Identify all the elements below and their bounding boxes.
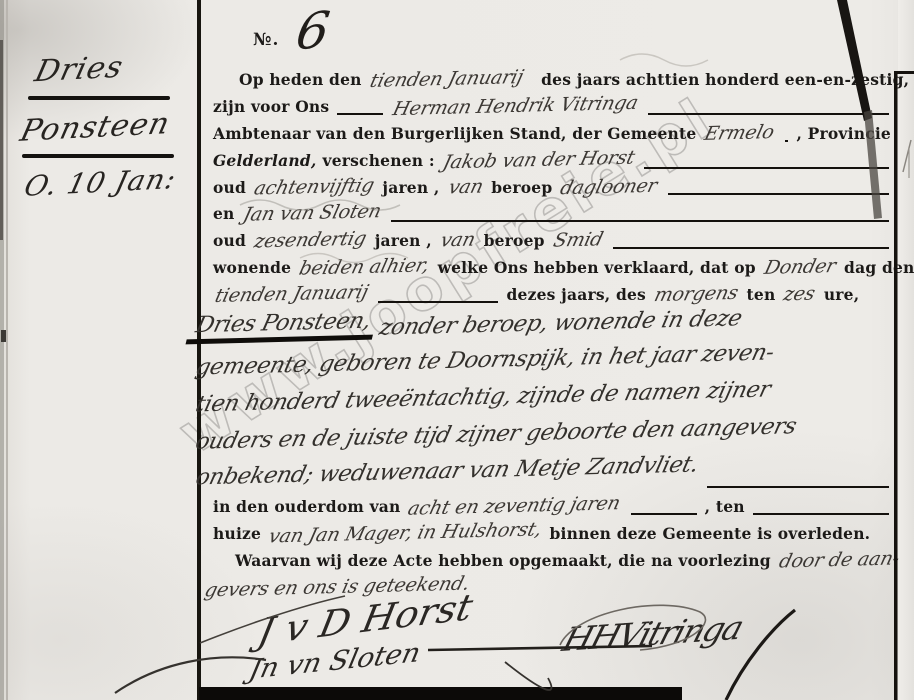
handwritten-text: zonder beroep, wonende in deze [371, 305, 751, 341]
margin-deceased-last-name: Ponsteen [17, 106, 174, 149]
form-line: enJan van Sloten [210, 202, 894, 229]
bottom-scan-bar [199, 687, 682, 700]
handwritten-text: achtenvijftig [246, 174, 383, 199]
handwritten-text: daglooner [552, 174, 665, 199]
form-line: wonendebeiden alhier,welke Ons hebben ve… [210, 256, 894, 283]
handwritten-text: zes [776, 283, 824, 306]
handwritten-text: van Jan Mager, in Hulshorst, [260, 518, 550, 547]
form-line: Gelderland,verschenen :Jakob van der Hor… [210, 149, 894, 176]
right-border-rule [894, 71, 898, 700]
handwritten-text: tienden Januarij [361, 66, 531, 92]
handwritten-text: acht en zeventig jaren [400, 492, 629, 520]
printed-text: Ambtenaar van den Burgerlijken Stand, de… [210, 124, 699, 143]
form-line: tienden Januarijdezes jaars, desmorgenst… [210, 283, 894, 310]
handwritten-text: Dries Ponsteen, [186, 308, 380, 345]
form-line: ouders en de juiste tijd zijner geboorte… [192, 421, 894, 458]
printed-text: wonende [210, 258, 294, 277]
margin-underline [28, 96, 170, 100]
act-number-value: 6 [293, 0, 334, 61]
fill-rule [337, 113, 383, 115]
bleedthrough-stroke [620, 54, 708, 66]
printed-text: Op heden den [236, 70, 365, 89]
printed-text: des jaars achttien honderd een-en-zestig… [538, 70, 912, 89]
form-line: Op heden dentienden Januarijdes jaars ac… [236, 68, 894, 95]
handwritten-text: zesendertig [246, 228, 375, 253]
signature-registrar: HHVitringa [558, 608, 746, 659]
form-line: in den ouderdom vanacht en zeventig jare… [210, 495, 894, 522]
printed-text: en [210, 204, 238, 223]
act-body-text: Op heden dentienden Januarijdes jaars ac… [210, 68, 894, 603]
handwritten-text: Smid [545, 229, 611, 253]
printed-text: oud [210, 178, 249, 197]
handwritten-text: door de aan- [771, 547, 908, 572]
form-line: Ambtenaar van den Burgerlijken Stand, de… [210, 122, 894, 149]
handwritten-text: tienden Januarij [207, 281, 377, 307]
margin-deceased-first-name: Dries [31, 50, 127, 89]
form-line: huizevan Jan Mager, in Hulshorst,binnen … [210, 522, 894, 549]
printed-text: jaren , [372, 231, 435, 250]
form-line: onbekend; weduwenaar van Metje Zandvliet… [192, 458, 894, 495]
fill-rule [378, 301, 498, 303]
handwritten-text: Ermelo [696, 121, 782, 145]
handwritten-text: van [432, 229, 483, 252]
printed-text: ten [744, 285, 779, 304]
form-line: Dries Ponsteen,zonder beroep, wonende in… [190, 310, 894, 347]
act-number-block: №. 6 [253, 30, 279, 50]
printed-text: beroep [481, 231, 548, 250]
form-line: gevers en ons is geteekend. [200, 576, 894, 603]
printed-text: jaren , [379, 178, 442, 197]
printed-text: dezes jaars, des [503, 285, 649, 304]
margin-date-note: O. 10 Jan: [21, 162, 180, 203]
signature-flourish [505, 662, 551, 690]
printed-text: oud [210, 231, 249, 250]
fill-rule [631, 513, 697, 515]
printed-text: dag den [841, 258, 914, 277]
fill-rule [668, 193, 889, 195]
form-line: gemeente, geboren te Doornspijk, in het … [192, 347, 894, 384]
form-line: oudachtenvijftigjaren ,vanberoepdagloone… [210, 176, 894, 203]
fill-rule [644, 167, 889, 169]
handwritten-text: Jan van Sloten [234, 201, 389, 227]
act-number-label: №. [253, 30, 279, 50]
form-line: zijn voor OnsHerman Hendrik Vitringa [210, 95, 894, 122]
fill-rule [613, 247, 889, 249]
handwritten-text: morgens [646, 282, 746, 306]
handwritten-text: onbekend; weduwenaar van Metje Zandvliet… [187, 451, 707, 490]
printed-text: Waarvan wij deze Acte hebben opgemaakt, … [232, 551, 774, 570]
printed-text: , ten [702, 497, 748, 516]
fill-rule [391, 220, 889, 222]
printed-text: verschenen : [320, 151, 438, 170]
page-edge [898, 0, 914, 700]
death-record-scan: www.joopfreie.pl Dries Ponsteen O. 10 Ja… [0, 0, 914, 700]
form-line: oudzesendertigjaren ,vanberoepSmid [210, 229, 894, 256]
handwritten-text: Jakob van der Horst [434, 146, 642, 173]
printed-text: Gelderland, [210, 151, 320, 170]
margin-column: Dries Ponsteen O. 10 Jan: [0, 0, 197, 700]
printed-text: , Provincie [793, 124, 894, 143]
fill-rule [707, 486, 889, 488]
printed-text: ure, [821, 285, 863, 304]
printed-text: welke Ons hebben verklaard, dat op [435, 258, 759, 277]
fill-rule [753, 513, 889, 515]
printed-text: zijn voor Ons [210, 97, 332, 116]
printed-text: binnen deze Gemeente is overleden. [547, 524, 874, 543]
form-line: Waarvan wij deze Acte hebben opgemaakt, … [232, 549, 894, 576]
margin-underline [22, 154, 174, 158]
handwritten-text: beiden alhier, [291, 254, 438, 280]
handwritten-text: Donder [756, 255, 844, 279]
handwritten-text: van [440, 175, 491, 198]
printed-text: in den ouderdom van [210, 497, 403, 516]
printed-text: huize [210, 524, 264, 543]
fill-rule [648, 113, 889, 115]
handwritten-text: Herman Hendrik Vitringa [385, 92, 647, 121]
printed-text: beroep [488, 178, 555, 197]
fill-rule [785, 140, 789, 142]
